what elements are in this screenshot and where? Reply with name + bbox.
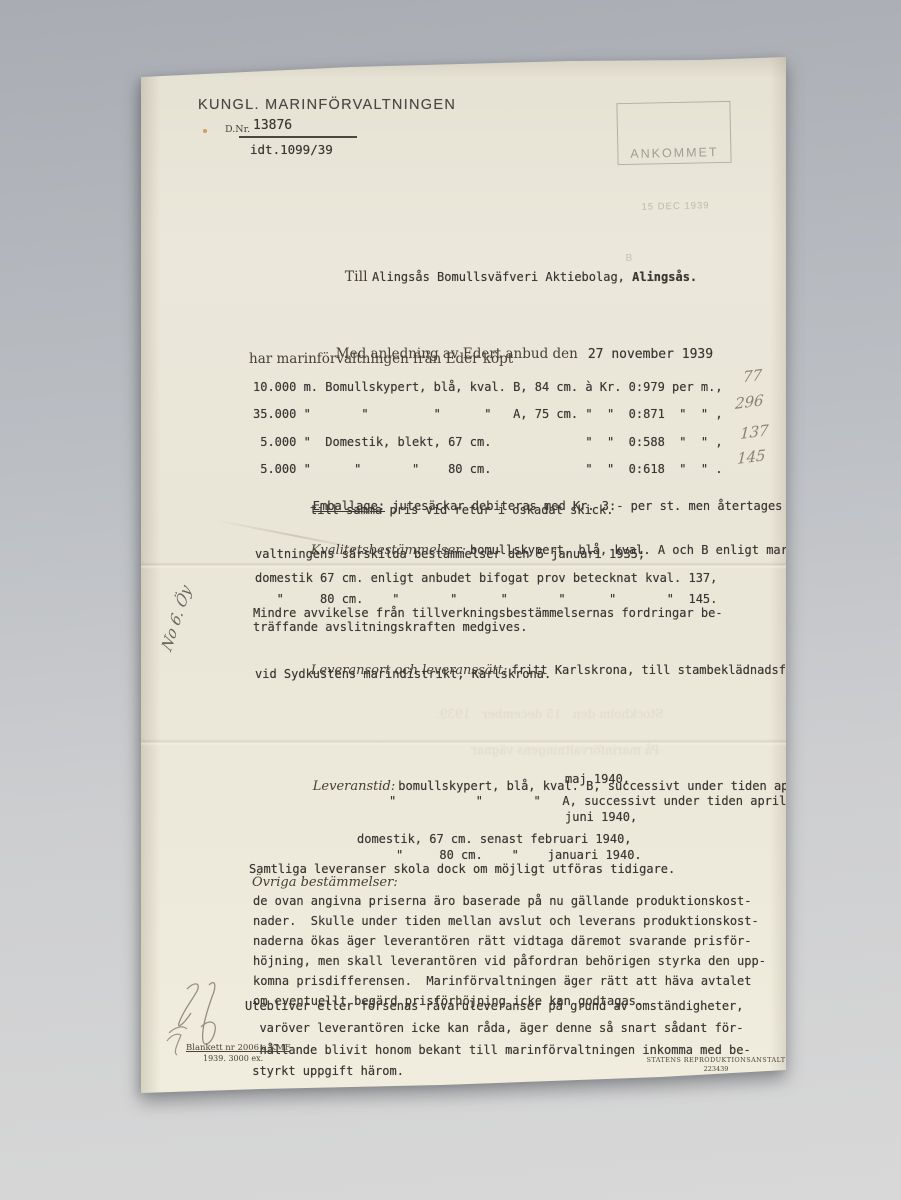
print-run: 1939. 3000 ex. [203, 1054, 263, 1063]
intro-line-2: har marinförvaltningen från Eder köpt [249, 351, 513, 367]
dnr-underline [239, 136, 357, 138]
ovriga-body: de ovan angivna priserna äro baserade på… [253, 891, 766, 1011]
registry-number: idt.1099/39 [250, 142, 333, 157]
ovriga-label: Övriga bestämmelser: [252, 875, 398, 890]
dnr-label: D.Nr. [225, 124, 250, 135]
tolerance-clause: Mindre avvikelse från tillverkningsbestä… [253, 607, 723, 635]
paper-sheet: Stockholm den 15 december 1939. På marin… [141, 57, 786, 1095]
leveransort-line-2: vid Sydkustens marindistrikt, Karlskrona… [255, 667, 551, 681]
stamp-title: ANKOMMET [618, 145, 730, 161]
leveranstid-line-3: " " " A, successivt under tiden april - [389, 794, 801, 808]
leveranstid-line-4: juni 1940, [565, 810, 637, 824]
document-page: Stockholm den 15 december 1939. På marin… [141, 57, 786, 1095]
kvalitet-line-4: " 80 cm. " " " " " " 145. [255, 592, 717, 606]
fold-crease-lower [141, 739, 786, 746]
recipient-line: Till Alingsås Bomullsväfveri Aktiebolag,… [287, 247, 697, 304]
stamp-date: 15 DEC 1939 [619, 200, 731, 213]
pencil-note-1: 77 [743, 366, 763, 387]
leveransort-text-1: fritt Karlskrona, till stambeklädnadsför… [511, 663, 836, 677]
pencil-note-3: 137 [740, 421, 769, 443]
arrival-stamp: ANKOMMET 15 DEC 1939 B [616, 101, 731, 165]
leveranstid-line-2: maj 1940, [565, 772, 630, 786]
pencil-note-4: 145 [737, 446, 766, 468]
leveranstid-line-6: " 80 cm. " januari 1940. [396, 848, 642, 862]
printer-name: STATENS REPRODUKTIONSANSTALT [641, 1056, 791, 1064]
offer-date: 27 november 1939 [588, 347, 713, 362]
leveranstid-line-5: domestik, 67 cm. senast februari 1940, [357, 832, 632, 846]
paper-stain-dot [203, 129, 207, 133]
emballage-line-2: till samma pris vid retur i oskadat skic… [310, 503, 613, 517]
handwritten-margin-note: No 6. Öy [158, 581, 194, 654]
photograph-background: { "header": { "agency": "KUNGL. MARINFÖR… [0, 0, 901, 1200]
bleedthrough-text-1: Stockholm den 15 december 1939. [436, 707, 664, 721]
agency-letterhead: KUNGL. MARINFÖRVALTNINGEN [198, 97, 456, 113]
samtliga-clause: Samtliga leveranser skola dock om möjlig… [249, 862, 675, 876]
kvalitet-line-3: domestik 67 cm. enligt anbudet bifogat p… [255, 571, 717, 585]
recipient-city: Alingsås. [632, 270, 697, 284]
form-number: Blankett nr 2006 a KMF [186, 1043, 291, 1053]
bleedthrough-text-2: På marinförvaltningens vägnar [471, 743, 659, 757]
leveranstid-label: Leveranstid: [313, 779, 395, 794]
dnr-value: 13876 [253, 118, 292, 133]
pencil-note-2: 296 [735, 391, 764, 413]
recipient-prefix: Till [345, 269, 372, 285]
recipient-name: Alingsås Bomullsväfveri Aktiebolag, [372, 270, 632, 284]
items-list: 10.000 m. Bomullskypert, blå, kval. B, 8… [253, 374, 723, 484]
kvalitet-line-2: valtningens särskilda bestämmelser den 5… [255, 547, 645, 561]
printer-code: 223439 [641, 1065, 791, 1073]
